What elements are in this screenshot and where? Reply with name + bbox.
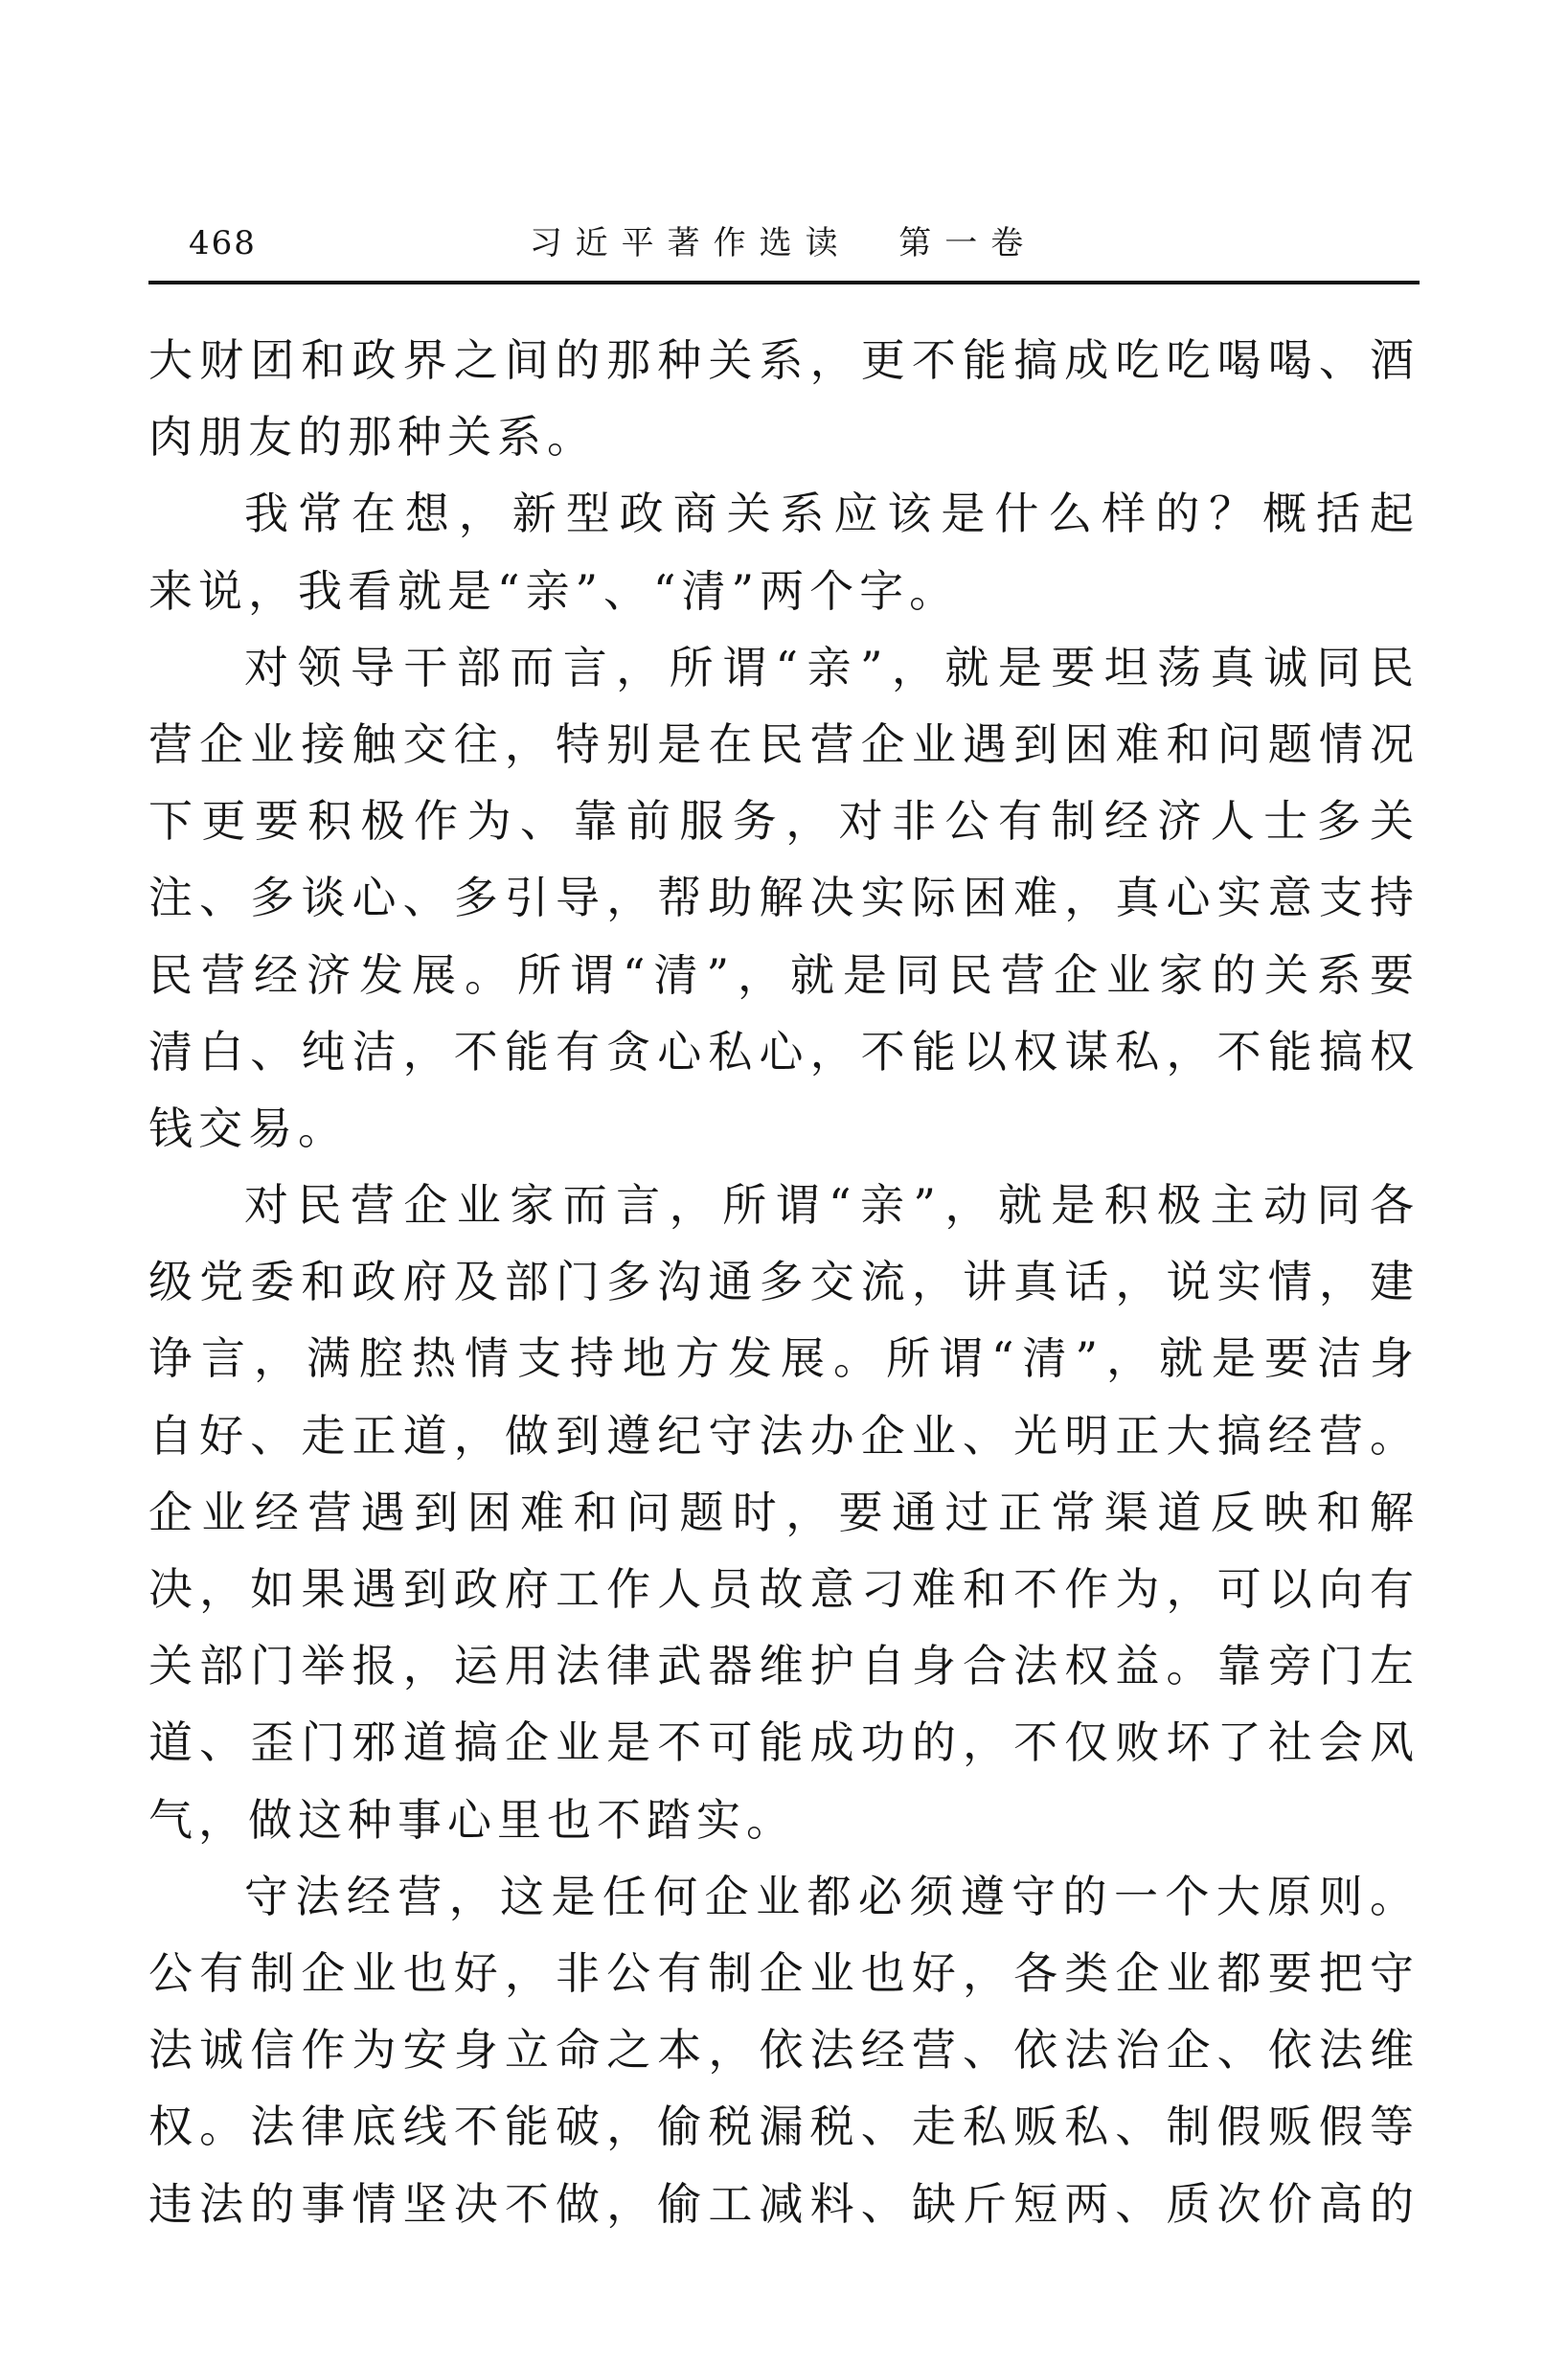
text-line: 守法经营，这是任何企业都必须遵守的一个大原则。 bbox=[148, 1858, 1420, 1935]
text-line: 大财团和政界之间的那种关系，更不能搞成吃吃喝喝、酒 bbox=[148, 322, 1420, 398]
text-line: 诤言，满腔热情支持地方发展。所谓“清”，就是要洁身 bbox=[148, 1320, 1420, 1397]
header-rule bbox=[148, 281, 1420, 284]
text-line: 企业经营遇到困难和问题时，要通过正常渠道反映和解 bbox=[148, 1474, 1420, 1551]
text-line: 下更要积极作为、靠前服务，对非公有制经济人士多关 bbox=[148, 783, 1420, 859]
text-line: 气，做这种事心里也不踏实。 bbox=[148, 1782, 1420, 1858]
text-line: 对领导干部而言，所谓“亲”，就是要坦荡真诚同民 bbox=[148, 629, 1420, 706]
text-line: 公有制企业也好，非公有制企业也好，各类企业都要把守 bbox=[148, 1935, 1420, 2011]
body-text: 大财团和政界之间的那种关系，更不能搞成吃吃喝喝、酒 肉朋友的那种关系。 我常在想… bbox=[148, 322, 1420, 2242]
text-line: 决，如果遇到政府工作人员故意刁难和不作为，可以向有 bbox=[148, 1551, 1420, 1627]
text-line: 钱交易。 bbox=[148, 1090, 1420, 1167]
book-page: 468 习近平著作选读 第一卷 大财团和政界之间的那种关系，更不能搞成吃吃喝喝、… bbox=[0, 0, 1568, 2362]
text-line: 级党委和政府及部门多沟通多交流，讲真话，说实情，建 bbox=[148, 1243, 1420, 1320]
text-line: 权。法律底线不能破，偷税漏税、走私贩私、制假贩假等 bbox=[148, 2088, 1420, 2165]
text-line: 对民营企业家而言，所谓“亲”，就是积极主动同各 bbox=[148, 1167, 1420, 1243]
text-line: 肉朋友的那种关系。 bbox=[148, 398, 1420, 475]
text-line: 法诚信作为安身立命之本，依法经营、依法治企、依法维 bbox=[148, 2011, 1420, 2088]
text-line: 道、歪门邪道搞企业是不可能成功的，不仅败坏了社会风 bbox=[148, 1704, 1420, 1781]
text-line: 自好、走正道，做到遵纪守法办企业、光明正大搞经营。 bbox=[148, 1397, 1420, 1474]
running-head: 468 习近平著作选读 第一卷 bbox=[148, 226, 1418, 264]
text-line: 来说，我看就是“亲”、“清”两个字。 bbox=[148, 553, 1420, 629]
text-line: 民营经济发展。所谓“清”，就是同民营企业家的关系要 bbox=[148, 937, 1420, 1013]
text-line: 违法的事情坚决不做，偷工减料、缺斤短两、质次价高的 bbox=[148, 2166, 1420, 2242]
text-line: 注、多谈心、多引导，帮助解决实际困难，真心实意支持 bbox=[148, 859, 1420, 936]
text-line: 营企业接触交往，特别是在民营企业遇到困难和问题情况 bbox=[148, 706, 1420, 783]
text-line: 关部门举报，运用法律武器维护自身合法权益。靠旁门左 bbox=[148, 1627, 1420, 1704]
text-line: 清白、纯洁，不能有贪心私心，不能以权谋私，不能搞权 bbox=[148, 1013, 1420, 1090]
book-title: 习近平著作选读 第一卷 bbox=[148, 226, 1418, 261]
text-line: 我常在想，新型政商关系应该是什么样的？概括起 bbox=[148, 475, 1420, 552]
